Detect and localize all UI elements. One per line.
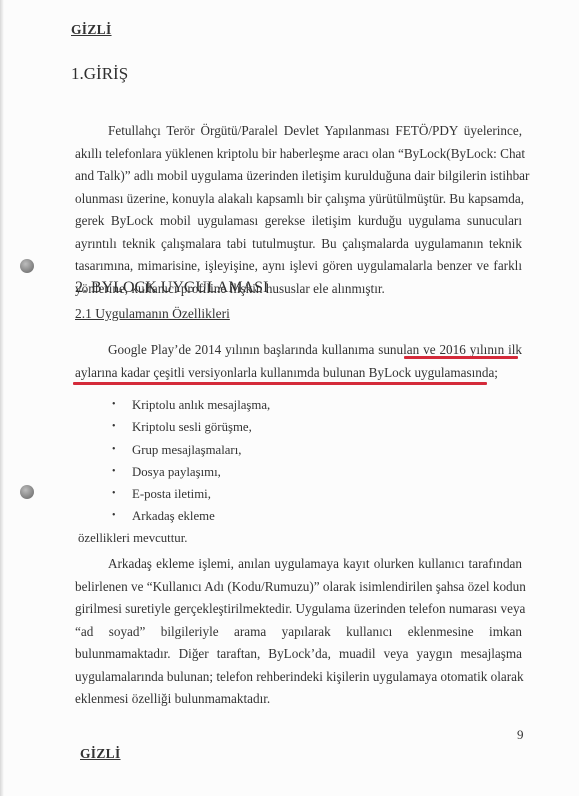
bullet-icon: •	[112, 439, 116, 461]
punch-hole-icon	[20, 259, 34, 273]
paragraph-line: akıllı telefonlara yüklenen kriptolu bir…	[75, 143, 522, 166]
list-item: •Kriptolu anlık mesajlaşma,	[110, 394, 270, 416]
punch-hole-icon	[20, 485, 34, 499]
section-heading-bylock: 2. BYLOCK UYGULAMASI	[75, 279, 268, 297]
red-underline-annotation	[404, 356, 518, 359]
paragraph-line: Fetullahçı Terör Örgütü/Paralel Devlet Y…	[75, 120, 522, 143]
bullet-icon: •	[112, 461, 116, 483]
paragraph-line: tasarımına, mimarisine, işleyişine, aynı…	[75, 255, 522, 278]
bullet-icon: •	[112, 416, 116, 438]
paragraph-line: belirlenen ve “Kullanıcı Adı (Kodu/Rumuz…	[75, 576, 522, 599]
bullet-icon: •	[112, 394, 116, 416]
list-item: •Kriptolu sesli görüşme,	[110, 416, 270, 438]
paragraph-line: gerek ByLock mobil uygulaması gerekse il…	[75, 210, 522, 233]
bullet-icon: •	[112, 505, 116, 527]
paragraph-line: uygulamalarında bulunan; telefon rehberi…	[75, 666, 522, 689]
features-intro-paragraph: Google Play’de 2014 yılının başlarında k…	[75, 339, 522, 384]
section-heading-introduction: 1.GİRİŞ	[71, 64, 128, 84]
red-underline-annotation	[73, 382, 487, 385]
paragraph-line: and Talk)” adlı mobil uygulama üzerinden…	[75, 165, 522, 188]
paragraph-line: Arkadaş ekleme işlemi, anılan uygulamaya…	[75, 553, 522, 576]
list-item: •Dosya paylaşımı,	[110, 461, 270, 483]
classification-header: GİZLİ	[71, 22, 112, 38]
scan-edge-shadow	[0, 0, 4, 796]
paragraph-line: ayrıntılı teknik çalışmalara tabi tutulm…	[75, 233, 522, 256]
paragraph-line: olunması üzerine, konuyla alakalı kapsam…	[75, 188, 522, 211]
paragraph-line: bulunmamaktadır. Diğer taraftan, ByLock’…	[75, 643, 522, 666]
introduction-paragraph: Fetullahçı Terör Örgütü/Paralel Devlet Y…	[75, 120, 522, 300]
paragraph-line: eklenmesi özelliği bulunmamaktadır.	[75, 688, 522, 711]
subsection-heading-features: 2.1 Uygulamanın Özellikleri	[75, 306, 230, 322]
list-item: •E-posta iletimi,	[110, 483, 270, 505]
classification-footer: GİZLİ	[80, 746, 121, 762]
paragraph-line: girilmesi suretiyle gerçekleştirilmekted…	[75, 598, 522, 621]
feature-list: •Kriptolu anlık mesajlaşma, •Kriptolu se…	[110, 394, 270, 528]
document-page: GİZLİ 1.GİRİŞ Fetullahçı Terör Örgütü/Pa…	[0, 0, 579, 796]
list-item: •Grup mesajlaşmaları,	[110, 439, 270, 461]
list-item: •Arkadaş ekleme	[110, 505, 270, 527]
paragraph-line: “ad soyad” bilgileriyle arama yapılarak …	[75, 621, 522, 644]
page-number: 9	[517, 727, 524, 743]
friend-adding-paragraph: Arkadaş ekleme işlemi, anılan uygulamaya…	[75, 553, 522, 711]
paragraph-line: aylarına kadar çeşitli versiyonlarla kul…	[75, 362, 522, 385]
bullet-icon: •	[112, 483, 116, 505]
features-closing-text: özellikleri mevcuttur.	[78, 531, 187, 546]
